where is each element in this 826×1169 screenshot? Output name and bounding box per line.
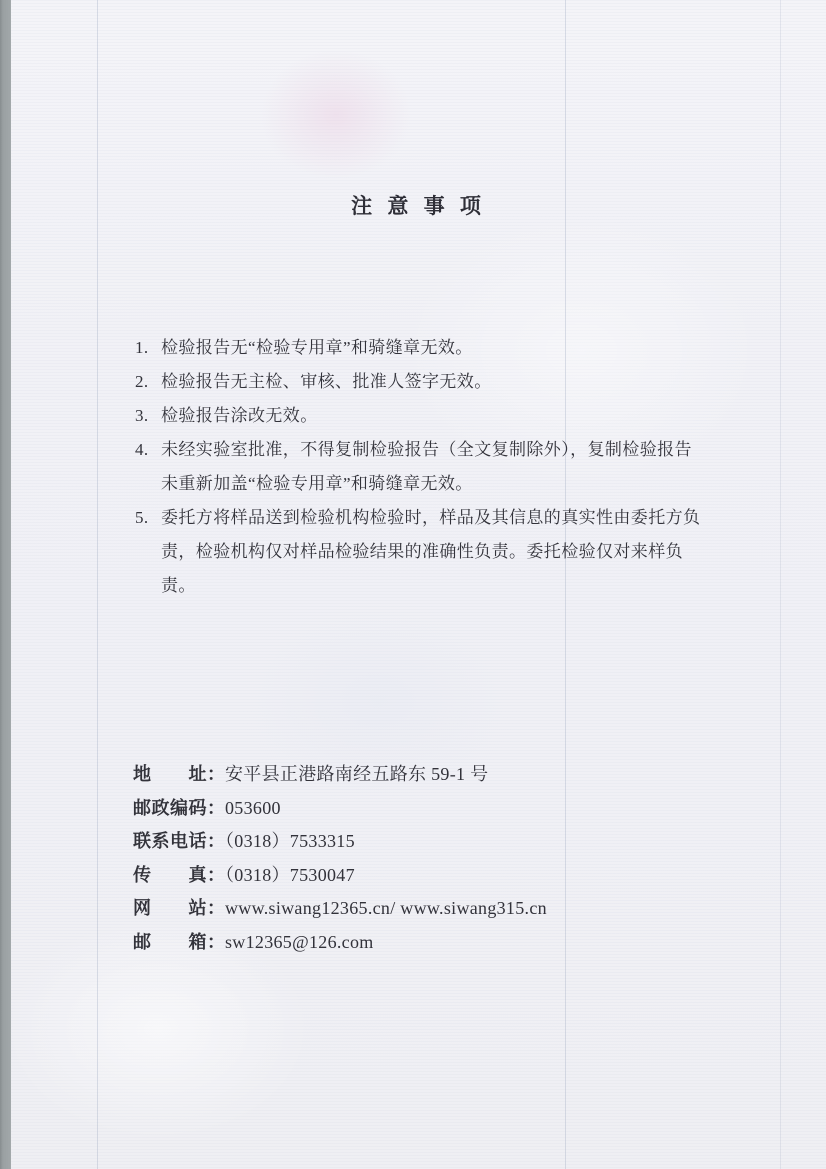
contact-colon: ： [207,898,225,918]
contact-email: 邮 箱：sw12365@126.com [133,926,693,960]
notice-item-1: 1. 检验报告无“检验专用章”和骑缝章无效。 [135,331,701,365]
notice-item-5: 5. 委托方将样品送到检验机构检验时，样品及其信息的真实性由委托方负责，检验机构… [135,501,701,603]
contact-value: 053600 [225,798,281,818]
contact-address: 地 址：安平县正港路南经五路东 59-1 号 [133,758,693,792]
contact-label: 联系电话 [133,831,207,851]
contact-value: （0318）7533315 [225,831,355,851]
notice-item-2: 2. 检验报告无主检、审核、批准人签字无效。 [135,365,701,399]
item-number: 3. [135,399,161,433]
contact-value: sw12365@126.com [225,932,374,952]
contact-postcode: 邮政编码：053600 [133,792,693,826]
item-text: 检验报告无主检、审核、批准人签字无效。 [161,365,701,399]
item-text: 检验报告涂改无效。 [161,399,701,433]
contact-value: www.siwang12365.cn/ www.siwang315.cn [225,898,547,918]
item-text: 检验报告无“检验专用章”和骑缝章无效。 [161,331,701,365]
contact-colon: ： [207,831,225,851]
contact-phone: 联系电话：（0318）7533315 [133,825,693,859]
item-number: 1. [135,331,161,365]
notice-list: 1. 检验报告无“检验专用章”和骑缝章无效。 2. 检验报告无主检、审核、批准人… [135,331,701,603]
scanned-page: 注 意 事 项 1. 检验报告无“检验专用章”和骑缝章无效。 2. 检验报告无主… [0,0,826,1169]
pink-smudge [261,50,411,180]
page-title: 注 意 事 项 [11,190,826,220]
notice-item-3: 3. 检验报告涂改无效。 [135,399,701,433]
contact-colon: ： [207,865,225,885]
contact-label: 网 站 [133,898,207,918]
contact-block: 地 址：安平县正港路南经五路东 59-1 号 邮政编码：053600 联系电话：… [133,758,693,960]
notice-item-4: 4. 未经实验室批准，不得复制检验报告（全文复制除外），复制检验报告未重新加盖“… [135,433,701,501]
item-text: 委托方将样品送到检验机构检验时，样品及其信息的真实性由委托方负责，检验机构仅对样… [161,501,701,603]
contact-label: 地 址 [133,764,207,784]
contact-label: 传 真 [133,865,207,885]
contact-label: 邮政编码 [133,798,207,818]
scanner-edge-strip [0,0,11,1169]
item-text: 未经实验室批准，不得复制检验报告（全文复制除外），复制检验报告未重新加盖“检验专… [161,433,701,501]
contact-fax: 传 真：（0318）7530047 [133,859,693,893]
contact-label: 邮 箱 [133,932,207,952]
contact-website: 网 站：www.siwang12365.cn/ www.siwang315.cn [133,892,693,926]
paper-sheet: 注 意 事 项 1. 检验报告无“检验专用章”和骑缝章无效。 2. 检验报告无主… [11,0,826,1169]
item-number: 5. [135,501,161,535]
contact-colon: ： [207,798,225,818]
contact-colon: ： [207,764,225,784]
fold-line-far-right [780,0,781,1169]
fold-line-left [97,0,98,1169]
contact-value: （0318）7530047 [225,865,355,885]
contact-value: 安平县正港路南经五路东 59-1 号 [225,764,488,784]
item-number: 4. [135,433,161,467]
contact-colon: ： [207,932,225,952]
item-number: 2. [135,365,161,399]
